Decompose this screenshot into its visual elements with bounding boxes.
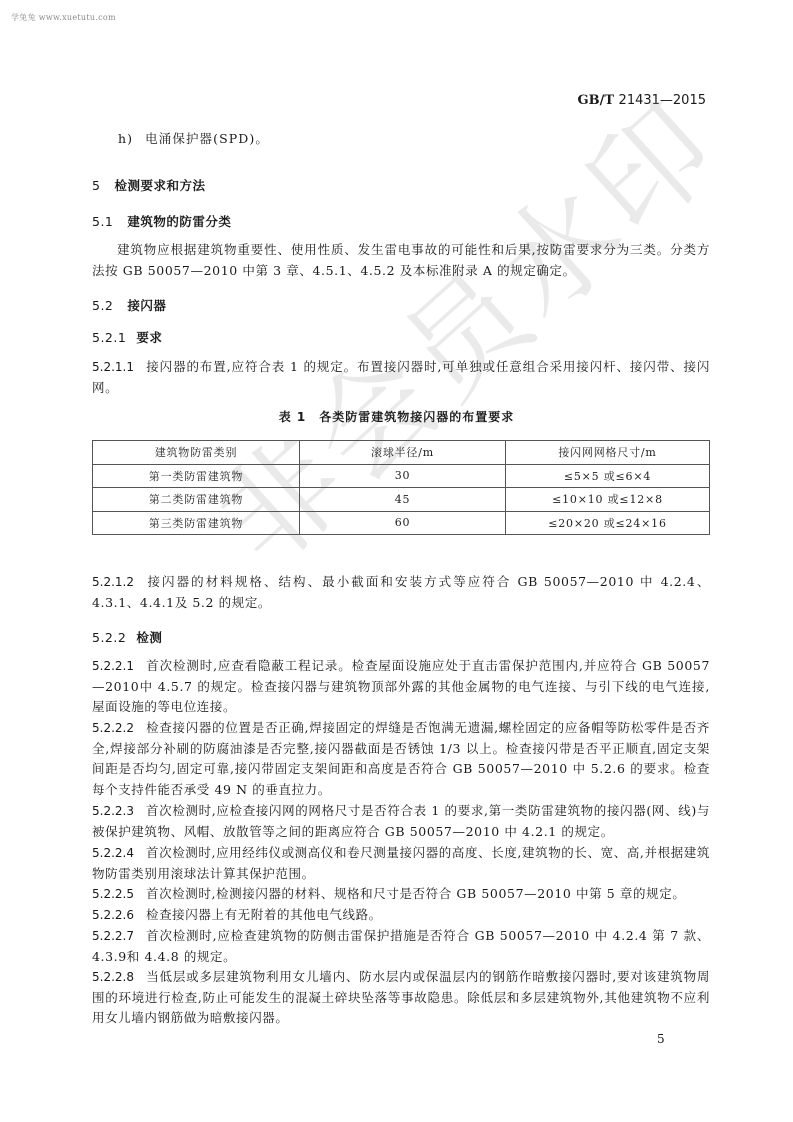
section-heading-5: 5检测要求和方法 [92,176,205,194]
clause-5-2-2-7: 5.2.2.7首次检测时,应检查建筑物的防侧击雷保护措施是否符合 GB 5005… [92,926,710,967]
page-number: 5 [657,1032,665,1046]
table-row: 第三类防雷建筑物 60 ≤20×20 或≤24×16 [93,511,710,535]
table-caption: 表 1 各类防雷建筑物接闪器的布置要求 [0,408,793,425]
paragraph-5-1: 建筑物应根据建筑物重要性、使用性质、发生雷电事故的可能性和后果,按防雷要求分为三… [92,240,710,281]
table-header: 建筑物防雷类别 [93,441,300,465]
clause-5-2-2-8: 5.2.2.8当低层或多层建筑物利用女儿墙内、防水层内或保温层内的钢筋作暗敷接闪… [92,967,710,1029]
table-cell: ≤5×5 或≤6×4 [506,464,710,488]
section-heading-5-2: 5.2接闪器 [92,296,166,314]
table-header: 接闪网网格尺寸/m [506,441,710,465]
clause-5-2-2-2: 5.2.2.2检查接闪器的位置是否正确,焊接固定的焊缝是否饱满无遗漏,螺栓固定的… [92,718,710,800]
table-header-row: 建筑物防雷类别 滚球半径/m 接闪网网格尺寸/m [93,441,710,465]
table-cell: 第一类防雷建筑物 [93,464,300,488]
clause-5-2-2-5: 5.2.2.5首次检测时,检测接闪器的材料、规格和尺寸是否符合 GB 50057… [92,884,710,905]
table-cell: ≤20×20 或≤24×16 [506,511,710,535]
section-title: 建筑物的防雷分类 [127,214,231,229]
section-title: 检测 [136,630,162,645]
section-heading-5-2-2: 5.2.2检测 [92,628,162,646]
table-cell: 60 [300,511,506,535]
section-title: 接闪器 [127,298,166,313]
clause-5-2-1-1: 5.2.1.1接闪器的布置,应符合表 1 的规定。布置接闪器时,可单独或任意组合… [92,357,710,398]
standard-code: GB/T 21431—2015 [578,93,707,108]
clause-5-2-1-2: 5.2.1.2接闪器的材料规格、结构、最小截面和安装方式等应符合 GB 5005… [92,572,710,613]
list-text: 电涌保护器(SPD)。 [145,131,269,146]
table-cell: 第三类防雷建筑物 [93,511,300,535]
table-cell: 45 [300,488,506,512]
table-cell: 第二类防雷建筑物 [93,488,300,512]
site-watermark: 学兔兔 www.xuetutu.com [11,12,116,23]
clause-5-2-2-3: 5.2.2.3首次检测时,应检查接闪网的网格尺寸是否符合表 1 的要求,第一类防… [92,801,710,842]
list-item-h: h)电涌保护器(SPD)。 [118,131,269,147]
section-heading-5-2-1: 5.2.1要求 [92,328,162,346]
clause-5-2-2-6: 5.2.2.6检查接闪器上有无附着的其他电气线路。 [92,905,710,926]
list-marker: h) [118,131,133,146]
table-cell: ≤10×10 或≤12×8 [506,488,710,512]
table-cell: 30 [300,464,506,488]
table-row: 第二类防雷建筑物 45 ≤10×10 或≤12×8 [93,488,710,512]
section-title: 要求 [136,330,162,345]
lightning-arrester-table: 建筑物防雷类别 滚球半径/m 接闪网网格尺寸/m 第一类防雷建筑物 30 ≤5×… [92,440,710,535]
standard-number: 21431—2015 [619,93,706,108]
table-header: 滚球半径/m [300,441,506,465]
clause-5-2-2-1: 5.2.2.1首次检测时,应查看隐蔽工程记录。检查屋面设施应处于直击雷保护范围内… [92,656,710,718]
clause-5-2-2-4: 5.2.2.4首次检测时,应用经纬仪或测高仪和卷尺测量接闪器的高度、长度,建筑物… [92,843,710,884]
standard-prefix: GB/T [578,93,615,108]
section-heading-5-1: 5.1建筑物的防雷分类 [92,212,231,230]
section-title: 检测要求和方法 [114,178,205,193]
table-row: 第一类防雷建筑物 30 ≤5×5 或≤6×4 [93,464,710,488]
